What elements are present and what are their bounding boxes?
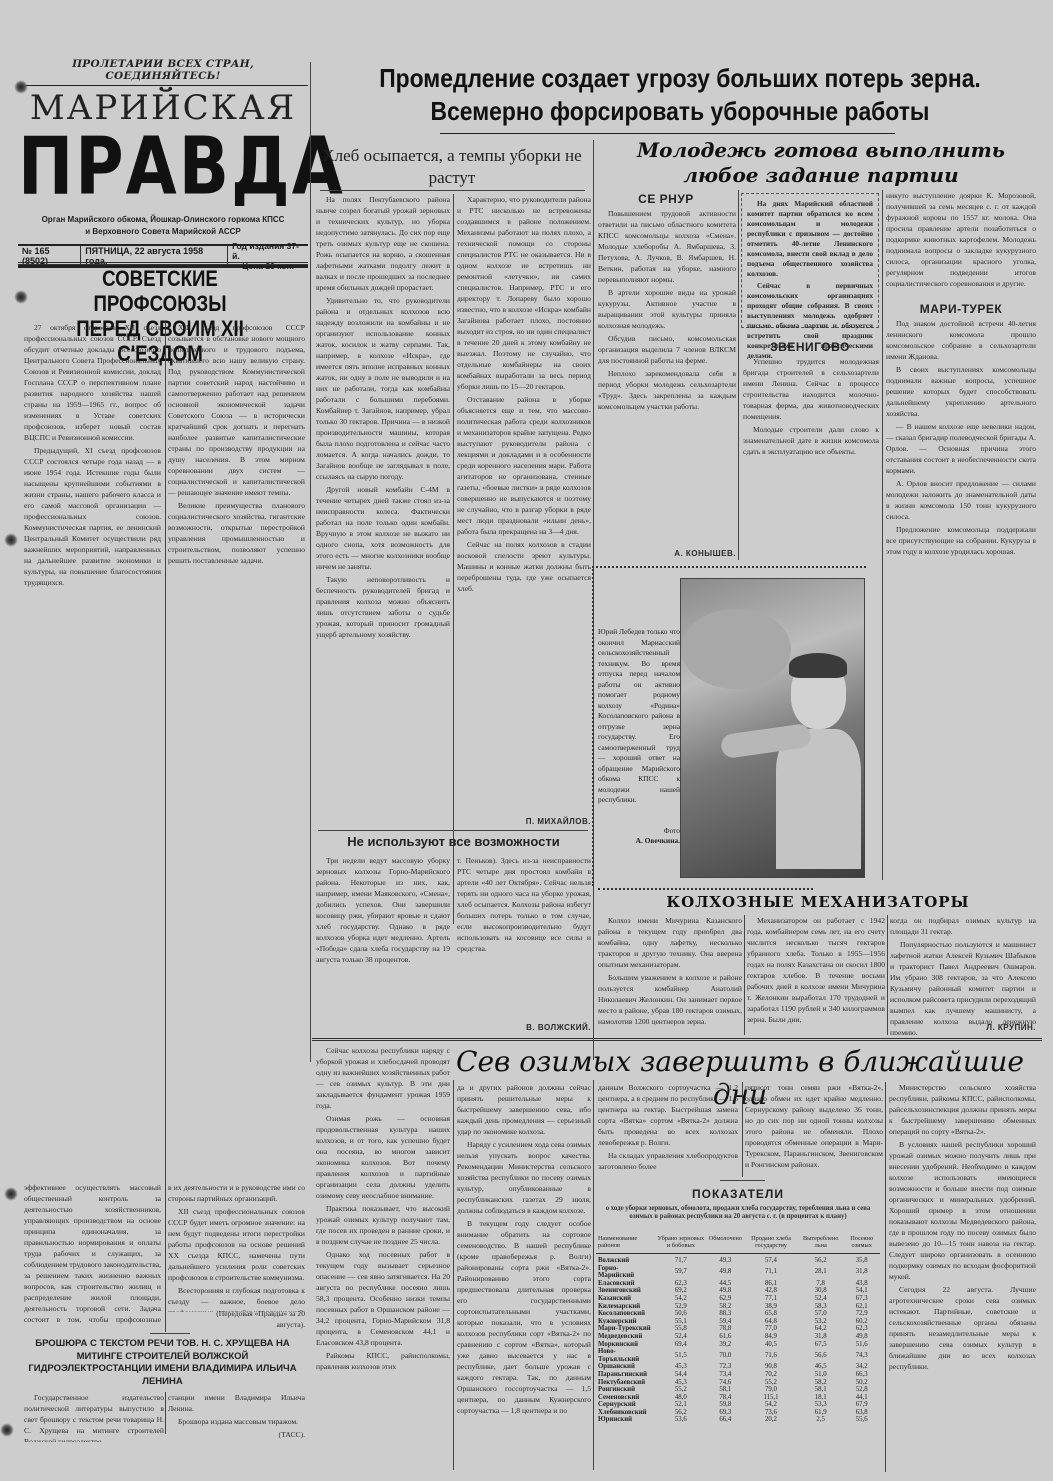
- table-row: Горно-Марийский59,749,871,128,131,8: [596, 1265, 880, 1280]
- table-cell: Звениговский: [596, 1287, 655, 1295]
- table-row: Оршанский45,372,390,846,534,2: [596, 1363, 880, 1371]
- sernur-byline: А. КОНЫШЕВ.: [598, 548, 736, 562]
- table-cell: 55,2: [655, 1386, 707, 1394]
- indicators-table: Наименование районовУбрано зерновых и бо…: [596, 1234, 880, 1424]
- obkom-appeal-box: На днях Марийский областной комитет парт…: [741, 193, 879, 328]
- table-row: Еласовский62,344,586,17,843,8: [596, 1280, 880, 1288]
- table-cell: 55,1: [655, 1318, 707, 1326]
- column-rule: [165, 322, 166, 1332]
- column-rule: [885, 1082, 886, 1472]
- lead-headline-line2: Всемерно форсировать уборочные работы: [356, 95, 1004, 128]
- table-cell: 54,2: [655, 1295, 707, 1303]
- masthead-slogan: ПРОЛЕТАРИИ ВСЕХ СТРАН, СОЕДИНЯЙТЕСЬ!: [18, 58, 308, 86]
- table-cell: Сернурский: [596, 1401, 655, 1409]
- column-rule: [738, 190, 739, 560]
- youth-headline: Молодежь готова выполнить любое задание …: [596, 138, 1046, 188]
- table-cell: 30,8: [798, 1287, 843, 1295]
- indicators-column-header: Наименование районов: [596, 1234, 655, 1254]
- table-cell: 69,4: [655, 1341, 707, 1349]
- table-cell: 49,8: [707, 1265, 744, 1280]
- table-cell: 64,8: [744, 1318, 798, 1326]
- table-cell: 40,5: [744, 1341, 798, 1349]
- table-cell: 64,2: [798, 1325, 843, 1333]
- scan-blemish: [14, 80, 28, 94]
- table-cell: 71,1: [744, 1265, 798, 1280]
- table-cell: 49,8: [843, 1333, 880, 1341]
- table-cell: Ново-Торъяльский: [596, 1348, 655, 1363]
- mechanizers-column-1: Колхоз имени Мичурина Казанского района …: [598, 915, 742, 1035]
- column-rule: [887, 915, 888, 1035]
- table-cell: 56,6: [798, 1348, 843, 1363]
- divider: [150, 1333, 190, 1334]
- table-cell: 79,0: [744, 1386, 798, 1394]
- table-cell: 62,1: [843, 1303, 880, 1311]
- table-cell: Медведевский: [596, 1333, 655, 1341]
- harvest-column-2: Характерно, что руководители района и РТ…: [457, 194, 591, 814]
- table-cell: 84,9: [744, 1333, 798, 1341]
- table-cell: Казанский: [596, 1295, 655, 1303]
- year-of-publication: Год издания 37-й.: [232, 241, 304, 261]
- table-cell: 57,4: [744, 1254, 798, 1265]
- place-zvenigovo: ЗВЕНИГОВО: [741, 340, 879, 354]
- column-rule: [744, 915, 745, 1035]
- mechanizers-byline: Л. КРУПИН.: [890, 1022, 1036, 1036]
- scan-blemish: [14, 290, 28, 304]
- table-row: Звениговский69,249,842,830,854,1: [596, 1287, 880, 1295]
- table-cell: 57,0: [798, 1310, 843, 1318]
- table-cell: 44,5: [707, 1280, 744, 1288]
- indicators-column-header: Обмолочено: [707, 1234, 744, 1254]
- table-cell: 53,2: [798, 1318, 843, 1326]
- divider: [598, 888, 813, 890]
- indicators-title: ПОКАЗАТЕЛИ: [596, 1187, 880, 1201]
- table-cell: 2,5: [798, 1416, 843, 1424]
- organ-line2: и Верховного Совета Марийской АССР: [18, 226, 308, 238]
- table-cell: Горно-Марийский: [596, 1265, 655, 1280]
- mari-turek-text: Под знаком достойной встречи 40-летия ле…: [886, 318, 1036, 883]
- table-cell: 56,2: [798, 1254, 843, 1265]
- indicators-header-row: Наименование районовУбрано зерновых и бо…: [596, 1234, 880, 1254]
- scan-blemish: [0, 1423, 14, 1437]
- table-row: Семеновский48,078,4115,118,144,1: [596, 1394, 880, 1402]
- table-cell: Семеновский: [596, 1394, 655, 1402]
- table-cell: 73,6: [744, 1409, 798, 1417]
- unions-column-2-bottom: в их деятельности и в руководстве ими со…: [168, 1182, 305, 1312]
- table-cell: 58,2: [707, 1303, 744, 1311]
- sowing-column-5: Министерство сельского хозяйства республ…: [889, 1082, 1036, 1472]
- table-cell: 55,6: [843, 1416, 880, 1424]
- mechanizers-column-3: когда он подбирал озимых культур на площ…: [890, 915, 1036, 1035]
- table-cell: 20,2: [744, 1416, 798, 1424]
- column-rule: [882, 190, 883, 880]
- table-cell: Мари-Турекский: [596, 1325, 655, 1333]
- masthead: ПРОЛЕТАРИИ ВСЕХ СТРАН, СОЕДИНЯЙТЕСЬ! МАР…: [18, 58, 308, 268]
- table-cell: 45,3: [655, 1379, 707, 1387]
- sowing-column-1: Сейчас колхозы республики наряду с уборк…: [316, 1045, 450, 1470]
- table-cell: 74,6: [707, 1379, 744, 1387]
- table-cell: 28,1: [798, 1265, 843, 1280]
- mechanizers-headline: КОЛХОЗНЫЕ МЕХАНИЗАТОРЫ: [598, 893, 1038, 911]
- table-cell: 60,2: [843, 1318, 880, 1326]
- table-cell: 52,8: [843, 1386, 880, 1394]
- table-cell: 88,3: [707, 1310, 744, 1318]
- table-cell: 78,8: [707, 1325, 744, 1333]
- brochure-column-1: Государственное издательство политическо…: [24, 1392, 164, 1442]
- table-row: Волжский71,749,357,456,235,8: [596, 1254, 880, 1265]
- table-cell: Параньгинский: [596, 1371, 655, 1379]
- table-cell: Кужнерский: [596, 1318, 655, 1326]
- scan-blemish: [4, 1187, 18, 1201]
- lead-headline-line1: Промедление создает угрозу больших потер…: [356, 62, 1004, 95]
- possibilities-column-1: Три недели ведут массовую уборку зерновы…: [316, 855, 450, 1035]
- indicators-column-header: Убрано зерновых и бобовых: [655, 1234, 707, 1254]
- zvenigovo-text: Успешно трудится молодежная бригада стро…: [743, 356, 879, 561]
- sowing-column-3: данным Волжского сортоучастка — 1,2 цент…: [598, 1082, 738, 1177]
- table-row: Казанский54,262,977,152,467,3: [596, 1295, 880, 1303]
- table-cell: 61,6: [707, 1333, 744, 1341]
- table-cell: 58,1: [798, 1386, 843, 1394]
- table-cell: 55,2: [744, 1379, 798, 1387]
- table-cell: 58,1: [707, 1386, 744, 1394]
- table-cell: 38,9: [744, 1303, 798, 1311]
- sernur-text: Повышением трудовой активности ответили …: [598, 208, 736, 558]
- table-cell: 78,4: [707, 1394, 744, 1402]
- table-cell: 46,5: [798, 1363, 843, 1371]
- table-cell: 45,3: [655, 1363, 707, 1371]
- brochure-column-2: станции имени Владимира Ильича Ленина. Б…: [168, 1392, 305, 1442]
- table-cell: 62,3: [655, 1280, 707, 1288]
- table-cell: 53,6: [655, 1416, 707, 1424]
- table-row: Кужнерский55,159,464,853,260,2: [596, 1318, 880, 1326]
- table-cell: Еласовский: [596, 1280, 655, 1288]
- harvest-byline: П. МИХАЙЛОВ.: [457, 816, 591, 830]
- table-cell: 51,6: [843, 1341, 880, 1349]
- table-cell: 54,1: [843, 1287, 880, 1295]
- column-rule: [453, 194, 454, 924]
- column-rule: [453, 1080, 454, 1470]
- table-row: Мари-Турекский55,878,877,064,262,3: [596, 1325, 880, 1333]
- table-cell: 52,4: [655, 1333, 707, 1341]
- lead-headline: Промедление создает угрозу больших потер…: [356, 62, 1004, 128]
- indicators-subtitle: о ходе уборки зерновых, обмолота, продаж…: [600, 1205, 876, 1221]
- indicators-column-header: Посеяно озимых: [843, 1234, 880, 1254]
- table-cell: 71,7: [655, 1254, 707, 1265]
- table-row: Хлебниковский56,269,373,661,963,8: [596, 1409, 880, 1417]
- table-cell: 50,6: [655, 1310, 707, 1318]
- table-row: Пектубаевский45,374,655,258,250,2: [596, 1379, 880, 1387]
- table-cell: 69,3: [707, 1409, 744, 1417]
- table-cell: 51,5: [655, 1348, 707, 1363]
- brochure-headline: БРОШЮРА С ТЕКСТОМ РЕЧИ ТОВ. Н. С. ХРУЩЕВ…: [20, 1338, 305, 1388]
- table-cell: 56,2: [655, 1409, 707, 1417]
- indicators-body: Волжский71,749,357,456,235,8Горно-Марийс…: [596, 1254, 880, 1425]
- section-rule: [18, 262, 308, 265]
- table-row: Килемарский52,958,238,958,362,1: [596, 1303, 880, 1311]
- table-cell: 72,3: [707, 1363, 744, 1371]
- table-cell: 49,3: [707, 1254, 744, 1265]
- table-cell: 42,8: [744, 1287, 798, 1295]
- table-cell: 31,8: [843, 1265, 880, 1280]
- table-cell: 7,8: [798, 1280, 843, 1288]
- table-cell: 70,2: [744, 1371, 798, 1379]
- unions-source: (Передовая «Правды» за 20 августа).: [200, 1308, 305, 1332]
- table-cell: 35,8: [843, 1254, 880, 1265]
- table-cell: Юринский: [596, 1416, 655, 1424]
- table-cell: 66,4: [707, 1416, 744, 1424]
- newspaper-page: ПРОЛЕТАРИИ ВСЕХ СТРАН, СОЕДИНЯЙТЕСЬ! МАР…: [0, 0, 1053, 1481]
- table-cell: 59,7: [655, 1265, 707, 1280]
- table-cell: 73,4: [707, 1371, 744, 1379]
- table-row: Косолаповский50,688,365,857,072,9: [596, 1310, 880, 1318]
- divider: [320, 190, 585, 191]
- table-cell: 74,3: [843, 1348, 880, 1363]
- photo-frame-top: [596, 566, 866, 568]
- table-cell: 65,8: [744, 1310, 798, 1318]
- table-cell: Волжский: [596, 1254, 655, 1265]
- table-cell: 52,9: [655, 1303, 707, 1311]
- table-row: Ронгинский55,258,179,058,152,8: [596, 1386, 880, 1394]
- section-rule: [312, 1038, 1042, 1041]
- sowing-column-2: да и других районов должны сейчас принят…: [457, 1082, 591, 1472]
- table-cell: 77,1: [744, 1295, 798, 1303]
- divider: [318, 830, 588, 831]
- column-rule: [310, 62, 311, 1062]
- table-cell: Косолаповский: [596, 1310, 655, 1318]
- place-mari-turek: МАРИ-ТУРЕК: [886, 302, 1036, 316]
- column-rule: [742, 1082, 743, 1177]
- table-cell: 67,3: [843, 1295, 880, 1303]
- table-cell: 49,8: [707, 1287, 744, 1295]
- unions-column-1-bottom: эффективнее осуществлять массовый общест…: [24, 1182, 161, 1327]
- table-cell: 70,0: [707, 1348, 744, 1363]
- possibilities-byline: В. ВОЛЖСКИЙ.: [457, 1022, 591, 1036]
- photo-credit: Фото А. Овечкина.: [620, 826, 680, 846]
- table-row: Параньгинский54,473,470,251,066,3: [596, 1371, 880, 1379]
- table-row: Медведевский52,461,684,931,849,8: [596, 1333, 880, 1341]
- indicators-column-header: Продано хлеба государству: [744, 1234, 798, 1254]
- table-row: Ново-Торъяльский51,570,071,656,674,3: [596, 1348, 880, 1363]
- table-row: Моркинский69,439,240,567,551,6: [596, 1341, 880, 1349]
- table-cell: 59,8: [707, 1401, 744, 1409]
- youth-right-top: никуто выступление доярки К. Морозовой, …: [886, 190, 1036, 302]
- table-cell: 51,0: [798, 1371, 843, 1379]
- table-cell: 50,2: [843, 1379, 880, 1387]
- table-cell: Хлебниковский: [596, 1409, 655, 1417]
- table-cell: 43,8: [843, 1280, 880, 1288]
- table-cell: 62,3: [843, 1325, 880, 1333]
- table-cell: 69,2: [655, 1287, 707, 1295]
- unions-column-2: XII съезд профсоюзов СССР созывается в о…: [168, 322, 305, 1180]
- table-cell: 52,1: [655, 1401, 707, 1409]
- sowing-column-4: пятисот тонн семян ржи «Вятка-2», однако…: [745, 1082, 883, 1177]
- table-cell: Пектубаевский: [596, 1379, 655, 1387]
- column-rule: [593, 1080, 594, 1470]
- table-cell: 77,0: [744, 1325, 798, 1333]
- table-cell: 18,1: [798, 1394, 843, 1402]
- table-cell: 31,8: [798, 1333, 843, 1341]
- table-cell: 63,8: [843, 1409, 880, 1417]
- table-cell: 39,2: [707, 1341, 744, 1349]
- table-cell: 67,5: [798, 1341, 843, 1349]
- table-cell: 44,1: [843, 1394, 880, 1402]
- table-cell: 54,4: [655, 1371, 707, 1379]
- photo-caption: Юрий Лебедев только что окончил Мариасск…: [598, 627, 680, 806]
- table-cell: 67,9: [843, 1401, 880, 1409]
- table-cell: 48,0: [655, 1394, 707, 1402]
- table-cell: 71,6: [744, 1348, 798, 1363]
- table-cell: Ронгинский: [596, 1386, 655, 1394]
- table-row: Юринский53,666,420,22,555,6: [596, 1416, 880, 1424]
- organ-line1: Орган Марийского обкома, Йошкар-Олинског…: [18, 214, 308, 226]
- possibilities-column-2: т. Пеньков). Здесь из-за неисправности Р…: [457, 855, 591, 1035]
- table-cell: 34,2: [843, 1363, 880, 1371]
- harvest-column-1: На полях Пектубаевского района нынче соз…: [316, 194, 450, 924]
- mechanizers-column-2: Механизатором он работает с 1942 года, к…: [747, 915, 885, 1035]
- table-cell: 90,8: [744, 1363, 798, 1371]
- table-cell: 58,2: [798, 1379, 843, 1387]
- table-cell: Килемарский: [596, 1303, 655, 1311]
- table-cell: Моркинский: [596, 1341, 655, 1349]
- divider: [720, 1180, 765, 1181]
- table-cell: 53,3: [798, 1401, 843, 1409]
- indicators-column-header: Вытереблено льна: [798, 1234, 843, 1254]
- table-row: Сернурский52,159,854,253,367,9: [596, 1401, 880, 1409]
- table-cell: 59,4: [707, 1318, 744, 1326]
- possibilities-headline: Не используют все возможности: [316, 834, 591, 849]
- lead-rule: [440, 133, 895, 134]
- table-cell: 86,1: [744, 1280, 798, 1288]
- table-cell: 61,9: [798, 1409, 843, 1417]
- place-sernur: СЕ РНУР: [596, 192, 736, 206]
- photo-young-worker-carrying-sack: [680, 578, 865, 878]
- table-cell: 52,4: [798, 1295, 843, 1303]
- unions-column-1: 27 октября откроется XII съезд профессио…: [24, 322, 161, 1180]
- scan-blemish: [4, 533, 18, 547]
- table-cell: 72,9: [843, 1310, 880, 1318]
- column-rule: [165, 1392, 166, 1434]
- paper-name-line2: ПРАВДА: [18, 125, 308, 209]
- table-cell: 58,3: [798, 1303, 843, 1311]
- table-cell: 66,3: [843, 1371, 880, 1379]
- table-cell: Оршанский: [596, 1363, 655, 1371]
- harvest-headline: Хлеб осыпается, а темпы уборки не растут: [318, 145, 586, 189]
- table-cell: 54,2: [744, 1401, 798, 1409]
- table-cell: 55,8: [655, 1325, 707, 1333]
- table-cell: 62,9: [707, 1295, 744, 1303]
- table-cell: 115,1: [744, 1394, 798, 1402]
